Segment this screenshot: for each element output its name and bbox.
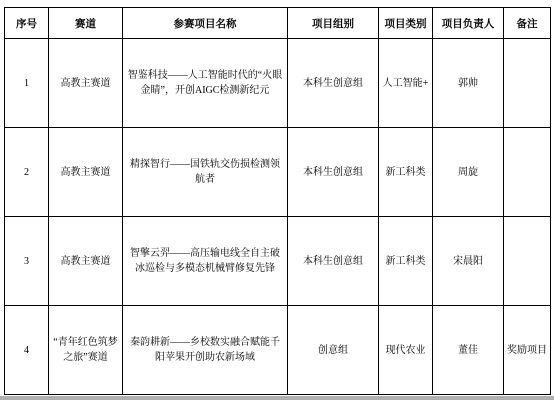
cell-category: 新工科类 [379, 217, 433, 306]
header-leader: 项目负责人 [433, 8, 504, 39]
cell-category: 人工智能+ [379, 39, 433, 128]
cell-leader: 宋晨阳 [433, 217, 504, 306]
header-group: 项目组别 [288, 8, 379, 39]
cell-track: 高教主赛道 [49, 128, 123, 217]
cell-leader: 董佳 [433, 306, 504, 395]
table-row: 4 “青年红色筑梦之旅”赛道 秦韵耕新——乡校数实融合赋能千阳苹果开创助农新场域… [5, 306, 551, 395]
table-row: 3 高教主赛道 智擎云羿——高压输电线全自主破冰巡检与多模态机械臂修复先锋 本科… [5, 217, 551, 306]
page-bottom-edge [0, 396, 554, 400]
header-note: 备注 [504, 8, 551, 39]
cell-no: 1 [5, 39, 49, 128]
cell-note [504, 217, 551, 306]
cell-project-name: 智鉴科技——人工智能时代的“火眼金睛”，开创AIGC检测新纪元 [123, 39, 288, 128]
cell-leader: 郭帅 [433, 39, 504, 128]
cell-group: 本科生创意组 [288, 217, 379, 306]
cell-no: 3 [5, 217, 49, 306]
header-project-name: 参赛项目名称 [123, 8, 288, 39]
cell-track: 高教主赛道 [49, 217, 123, 306]
table-row: 1 高教主赛道 智鉴科技——人工智能时代的“火眼金睛”，开创AIGC检测新纪元 … [5, 39, 551, 128]
cell-group: 本科生创意组 [288, 39, 379, 128]
cell-no: 4 [5, 306, 49, 395]
cell-track: 高教主赛道 [49, 39, 123, 128]
cell-note [504, 39, 551, 128]
cell-project-name: 精探智行——国铁轨交伤损检测领航者 [123, 128, 288, 217]
table-row: 2 高教主赛道 精探智行——国铁轨交伤损检测领航者 本科生创意组 新工科类 周旋 [5, 128, 551, 217]
table-header-row: 序号 赛道 参赛项目名称 项目组别 项目类别 项目负责人 备注 [5, 8, 551, 39]
cell-note: 奖励项目 [504, 306, 551, 395]
cell-note [504, 128, 551, 217]
cell-no: 2 [5, 128, 49, 217]
cell-project-name: 秦韵耕新——乡校数实融合赋能千阳苹果开创助农新场域 [123, 306, 288, 395]
header-category: 项目类别 [379, 8, 433, 39]
cell-group: 本科生创意组 [288, 128, 379, 217]
cell-leader: 周旋 [433, 128, 504, 217]
cell-group: 创意组 [288, 306, 379, 395]
header-track: 赛道 [49, 8, 123, 39]
cell-project-name: 智擎云羿——高压输电线全自主破冰巡检与多模态机械臂修复先锋 [123, 217, 288, 306]
document-page: 序号 赛道 参赛项目名称 项目组别 项目类别 项目负责人 备注 1 高教主赛道 … [0, 0, 554, 402]
cell-track: “青年红色筑梦之旅”赛道 [49, 306, 123, 395]
cell-category: 现代农业 [379, 306, 433, 395]
competition-projects-table: 序号 赛道 参赛项目名称 项目组别 项目类别 项目负责人 备注 1 高教主赛道 … [4, 7, 551, 395]
header-no: 序号 [5, 8, 49, 39]
cell-category: 新工科类 [379, 128, 433, 217]
